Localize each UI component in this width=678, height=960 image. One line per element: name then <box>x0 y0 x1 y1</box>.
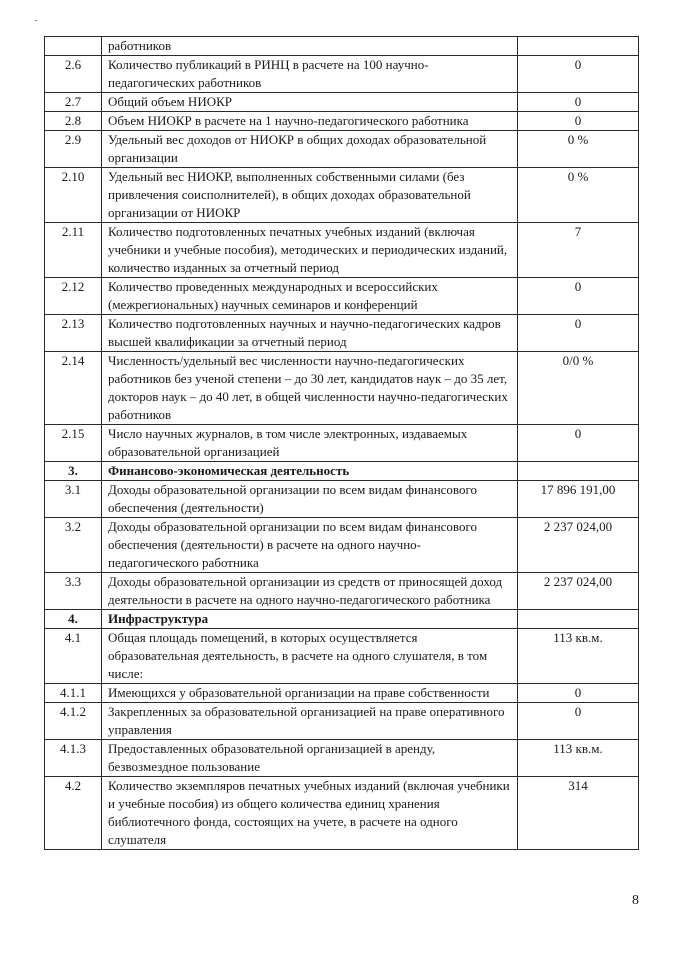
row-description: Количество экземпляров печатных учебных … <box>102 777 518 850</box>
row-value <box>518 462 639 481</box>
row-number: 3.1 <box>45 481 102 518</box>
table-row: 2.6 Количество публикаций в РИНЦ в расче… <box>45 56 639 93</box>
row-value: 0 <box>518 112 639 131</box>
row-number: 2.6 <box>45 56 102 93</box>
table-row: 4.1 Общая площадь помещений, в которых о… <box>45 629 639 684</box>
table-row: 2.9 Удельный вес доходов от НИОКР в общи… <box>45 131 639 168</box>
row-value: 2 237 024,00 <box>518 573 639 610</box>
table-row: 2.7 Общий объем НИОКР 0 <box>45 93 639 112</box>
scan-speck <box>35 20 37 21</box>
row-value <box>518 37 639 56</box>
row-description: Инфраструктура <box>102 610 518 629</box>
row-description: Количество подготовленных печатных учебн… <box>102 223 518 278</box>
table-row: 2.12 Количество проведенных международны… <box>45 278 639 315</box>
row-number: 2.8 <box>45 112 102 131</box>
row-value: 0 <box>518 425 639 462</box>
table-row: 2.10 Удельный вес НИОКР, выполненных соб… <box>45 168 639 223</box>
row-number: 2.13 <box>45 315 102 352</box>
table-row: 4.1.2 Закрепленных за образовательной ор… <box>45 703 639 740</box>
row-value: 0 % <box>518 168 639 223</box>
page-number: 8 <box>632 893 639 909</box>
row-value: 0 <box>518 703 639 740</box>
indicators-table: работников 2.6 Количество публикаций в Р… <box>44 36 639 850</box>
row-value: 0 % <box>518 131 639 168</box>
row-number: 4.1.3 <box>45 740 102 777</box>
row-value: 2 237 024,00 <box>518 518 639 573</box>
row-value: 0 <box>518 56 639 93</box>
table-row: 3.3 Доходы образовательной организации и… <box>45 573 639 610</box>
table-body: работников 2.6 Количество публикаций в Р… <box>45 37 639 850</box>
table-row: 3.1 Доходы образовательной организации п… <box>45 481 639 518</box>
row-number: 2.10 <box>45 168 102 223</box>
table-row: 4.1.3 Предоставленных образовательной ор… <box>45 740 639 777</box>
row-description: Количество публикаций в РИНЦ в расчете н… <box>102 56 518 93</box>
table-row: 2.13 Количество подготовленных научных и… <box>45 315 639 352</box>
row-description: Число научных журналов, в том числе элек… <box>102 425 518 462</box>
row-description: Численность/удельный вес численности нау… <box>102 352 518 425</box>
table-row: 4.2 Количество экземпляров печатных учеб… <box>45 777 639 850</box>
row-number: 3.3 <box>45 573 102 610</box>
row-description: Удельный вес доходов от НИОКР в общих до… <box>102 131 518 168</box>
table-row: 2.14 Численность/удельный вес численност… <box>45 352 639 425</box>
row-number: 2.15 <box>45 425 102 462</box>
row-description: Доходы образовательной организации по вс… <box>102 518 518 573</box>
row-value: 0 <box>518 278 639 315</box>
row-number <box>45 37 102 56</box>
row-description: Доходы образовательной организации из ср… <box>102 573 518 610</box>
row-value: 0 <box>518 684 639 703</box>
row-value: 0 <box>518 315 639 352</box>
row-description: Финансово-экономическая деятельность <box>102 462 518 481</box>
section-header-row: 4. Инфраструктура <box>45 610 639 629</box>
row-number: 2.7 <box>45 93 102 112</box>
row-description: Удельный вес НИОКР, выполненных собствен… <box>102 168 518 223</box>
section-header-row: 3. Финансово-экономическая деятельность <box>45 462 639 481</box>
row-value: 0 <box>518 93 639 112</box>
table-row: 3.2 Доходы образовательной организации п… <box>45 518 639 573</box>
table-row: 2.11 Количество подготовленных печатных … <box>45 223 639 278</box>
row-value: 0/0 % <box>518 352 639 425</box>
table-row: работников <box>45 37 639 56</box>
row-number: 4.1.1 <box>45 684 102 703</box>
row-description: Имеющихся у образовательной организации … <box>102 684 518 703</box>
row-description: Объем НИОКР в расчете на 1 научно-педаго… <box>102 112 518 131</box>
row-description: Количество подготовленных научных и науч… <box>102 315 518 352</box>
row-description: работников <box>102 37 518 56</box>
row-description: Доходы образовательной организации по вс… <box>102 481 518 518</box>
row-number: 3. <box>45 462 102 481</box>
table-row: 4.1.1 Имеющихся у образовательной органи… <box>45 684 639 703</box>
row-description: Предоставленных образовательной организа… <box>102 740 518 777</box>
row-number: 2.14 <box>45 352 102 425</box>
row-value: 113 кв.м. <box>518 740 639 777</box>
row-number: 4.1 <box>45 629 102 684</box>
row-number: 4. <box>45 610 102 629</box>
row-value: 17 896 191,00 <box>518 481 639 518</box>
table-row: 2.8 Объем НИОКР в расчете на 1 научно-пе… <box>45 112 639 131</box>
row-description: Закрепленных за образовательной организа… <box>102 703 518 740</box>
row-value: 7 <box>518 223 639 278</box>
row-value: 314 <box>518 777 639 850</box>
row-number: 4.1.2 <box>45 703 102 740</box>
row-description: Общий объем НИОКР <box>102 93 518 112</box>
row-description: Количество проведенных международных и в… <box>102 278 518 315</box>
row-number: 2.12 <box>45 278 102 315</box>
row-number: 2.11 <box>45 223 102 278</box>
row-description: Общая площадь помещений, в которых осуще… <box>102 629 518 684</box>
row-value: 113 кв.м. <box>518 629 639 684</box>
row-number: 3.2 <box>45 518 102 573</box>
row-number: 2.9 <box>45 131 102 168</box>
table-row: 2.15 Число научных журналов, в том числе… <box>45 425 639 462</box>
row-number: 4.2 <box>45 777 102 850</box>
row-value <box>518 610 639 629</box>
